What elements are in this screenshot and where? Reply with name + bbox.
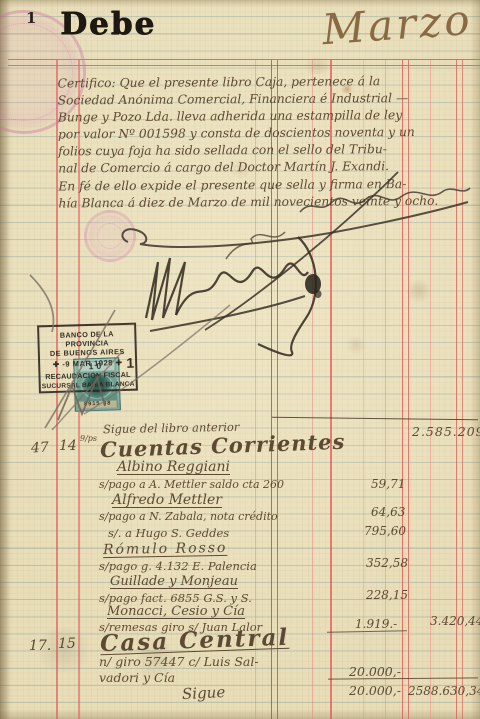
bank-stamp-line: SUCURSAL BAHIA BLANCA xyxy=(41,381,136,391)
bank-stamp-line: RECAUDACION FISCAL xyxy=(40,370,135,382)
page-title-debe: Debe xyxy=(60,6,156,42)
certificate-text: Certifico: Que el presente libro Caja, p… xyxy=(58,73,473,213)
signature-stroke xyxy=(258,237,316,355)
ledger-row-total: 2588.630,34 xyxy=(408,684,480,698)
certificate-line: hía Blanca á diez de Marzo de mil noveci… xyxy=(58,192,472,212)
account-heading: Casa Central xyxy=(100,624,290,658)
ledger-row-description: s/pago a N. Zabala, nota crédito xyxy=(99,510,278,523)
ledger-row-amount: 228,15 xyxy=(366,588,408,602)
signature-stroke xyxy=(150,296,305,331)
bank-stamp-number: 1 xyxy=(126,355,134,371)
ledger-row-amount: 20.000,- xyxy=(349,664,401,679)
ledger-date-note: 9/ps xyxy=(80,434,97,443)
ledger-date: 14 xyxy=(59,438,77,454)
ledger-row-description: s/pago fact. 6855 G.S. y S. xyxy=(99,591,252,605)
pink-seal-faint xyxy=(84,210,136,262)
ledger-row-amount: 64,63 xyxy=(371,505,405,519)
ledger-page: 1 Debe Marzo Certifico: Que el presente … xyxy=(0,0,480,719)
ledger-row-amount: 20.000,- xyxy=(349,683,401,698)
ledger-folio: 47 xyxy=(31,440,50,457)
ink-blot xyxy=(315,290,322,298)
ledger-row-total: 2.585.209,90 xyxy=(412,424,480,439)
signature-scribble xyxy=(225,231,290,258)
bank-stamp: BANCO DE LA PROVINCIA DE BUENOS AIRES ✚ … xyxy=(37,323,138,394)
ledger-date: 15 xyxy=(58,636,76,652)
ledger-row-description: s/pago g. 4.132 E. Palencia xyxy=(99,559,257,573)
ledger-row-amount: 795,60 xyxy=(364,524,406,538)
subaccount-heading: Guillade y Monjeau xyxy=(110,574,238,589)
ledger-row-description: s/. a Hugo S. Geddes xyxy=(108,526,229,540)
bank-stamp-date: ✚ -9 MAR 1928 ✚ xyxy=(40,358,135,370)
folio-number: 1 xyxy=(26,9,36,27)
ledger-row-description: vadori y Cía xyxy=(99,670,175,685)
ledger-row-amount: 1.919.- xyxy=(355,617,397,631)
subaccount-heading: Rómulo Rosso xyxy=(103,540,228,558)
ledger-folio: 17. xyxy=(29,638,51,654)
signature-stroke xyxy=(176,264,308,315)
pencil-stroke xyxy=(30,275,53,332)
ledger-row-amount: 59,71 xyxy=(371,477,405,491)
subaccount-heading: Alfredo Mettler xyxy=(112,492,222,508)
signature-stroke xyxy=(146,258,185,320)
ledger-row-description: s/pago a A. Mettler saldo cta 260 xyxy=(99,478,284,491)
revenue-stamp-serial: 8915 38 xyxy=(79,400,117,408)
ink-blot xyxy=(305,274,321,294)
carry-forward-label: Sigue xyxy=(182,683,226,703)
ledger-row-amount: 352,58 xyxy=(366,556,408,570)
ledger-row-description: n/ giro 57447 c/ Luis Sal- xyxy=(99,654,259,669)
carry-forward-rule xyxy=(272,417,478,421)
certificate-line: por valor Nº 001598 y consta de doscient… xyxy=(58,124,472,144)
bank-stamp-line: DE BUENOS AIRES xyxy=(40,347,135,359)
subaccount-heading: Albino Reggiani xyxy=(117,459,230,475)
month-label-marzo: Marzo xyxy=(320,0,474,54)
ledger-row-total: 3.420,44 xyxy=(430,614,480,628)
subaccount-heading: Monacci, Cesio y Cía xyxy=(107,604,245,619)
